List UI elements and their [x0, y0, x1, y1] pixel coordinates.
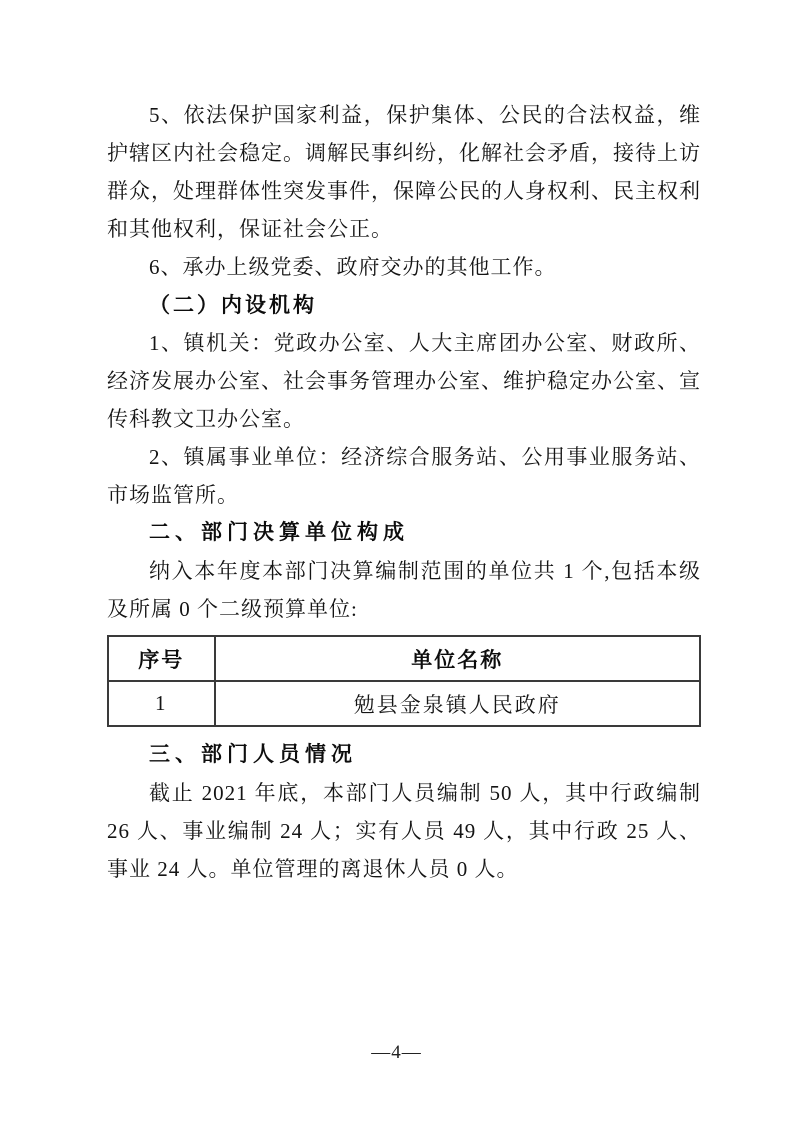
paragraph-unit-scope: 纳入本年度本部门决算编制范围的单位共 1 个,包括本级及所属 0 个二级预算单位… [107, 552, 701, 628]
paragraph-town-institutions: 2、镇属事业单位：经济综合服务站、公用事业服务站、市场监管所。 [107, 438, 701, 514]
unit-table-header-row: 序号 单位名称 [108, 636, 700, 681]
page-number: —4— [0, 1042, 793, 1064]
heading-internal-org: （二）内设机构 [107, 286, 701, 324]
paragraph-town-agencies: 1、镇机关：党政办公室、人大主席团办公室、财政所、经济发展办公室、社会事务管理办… [107, 324, 701, 438]
heading-personnel: 三、部门人员情况 [107, 736, 701, 774]
paragraph-personnel: 截止 2021 年底，本部门人员编制 50 人，其中行政编制 26 人、事业编制… [107, 774, 701, 888]
unit-index-cell: 1 [108, 681, 215, 726]
unit-table-header-name: 单位名称 [215, 636, 700, 681]
paragraph-duty-5: 5、依法保护国家利益，保护集体、公民的合法权益，维护辖区内社会稳定。调解民事纠纷… [107, 96, 701, 248]
document-content: 5、依法保护国家利益，保护集体、公民的合法权益，维护辖区内社会稳定。调解民事纠纷… [107, 96, 701, 888]
unit-name-cell: 勉县金泉镇人民政府 [215, 681, 700, 726]
paragraph-duty-6: 6、承办上级党委、政府交办的其他工作。 [107, 248, 701, 286]
unit-table: 序号 单位名称 1 勉县金泉镇人民政府 [107, 635, 701, 727]
document-page: 5、依法保护国家利益，保护集体、公民的合法权益，维护辖区内社会稳定。调解民事纠纷… [0, 0, 793, 1122]
unit-table-row: 1 勉县金泉镇人民政府 [108, 681, 700, 726]
unit-table-header-index: 序号 [108, 636, 215, 681]
heading-unit-composition: 二、部门决算单位构成 [107, 514, 701, 552]
